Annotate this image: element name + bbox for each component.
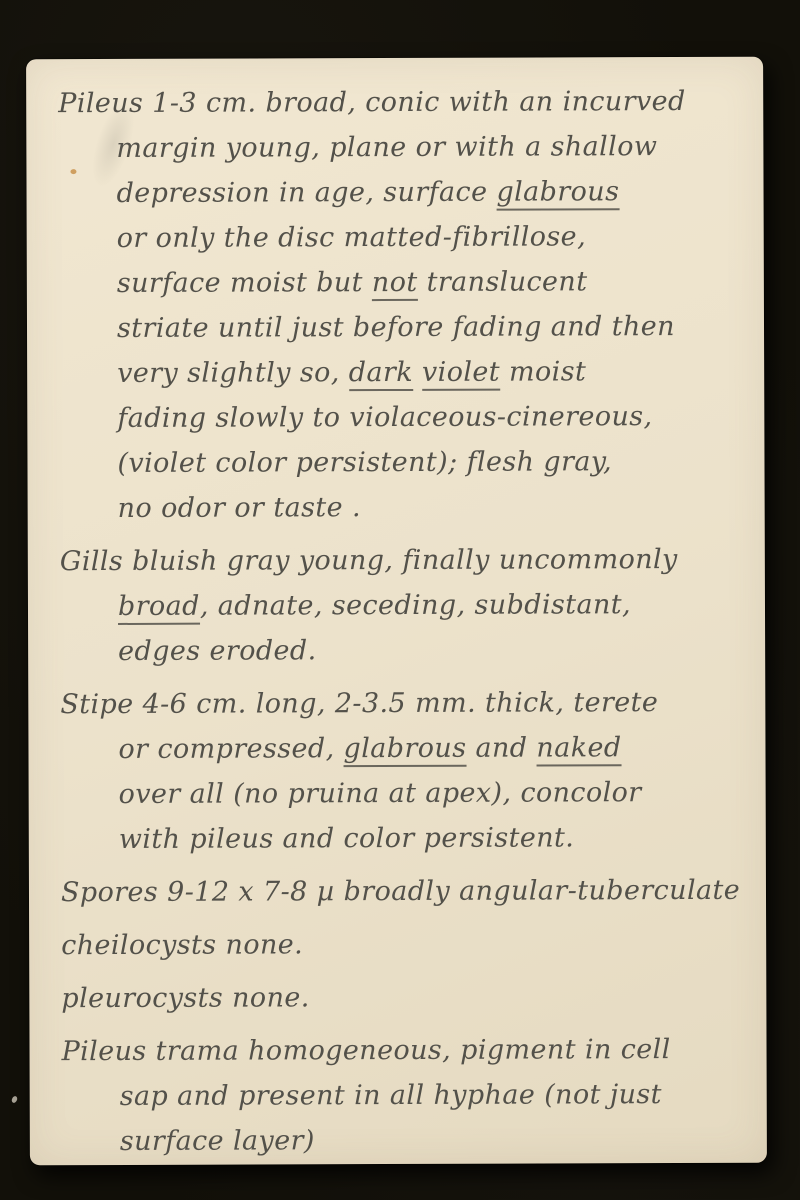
text-segment: very slightly so,: [117, 357, 349, 389]
handwritten-line: margin young, plane or with a shallow: [44, 124, 757, 171]
handwritten-line: over all (no pruina at apex), concolor: [47, 770, 760, 817]
underlined-word: naked: [536, 732, 621, 766]
text-segment: Pileus trama homogeneous, pigment in cel…: [61, 1034, 670, 1067]
handwritten-line: with pileus and color persistent.: [47, 815, 760, 862]
text-segment: fading slowly to violaceous-cinereous,: [117, 401, 652, 434]
handwritten-line: edges eroded.: [46, 627, 759, 674]
underlined-word: glabrous: [496, 176, 619, 210]
text-segment: margin young, plane or with a shallow: [116, 131, 657, 164]
text-segment: cheilocysts none.: [61, 929, 303, 961]
text-segment: surface moist but: [117, 267, 372, 299]
text-segment: surface layer): [120, 1125, 315, 1157]
handwritten-line: or compressed, glabrous and naked: [46, 725, 759, 772]
underlined-word: dark: [349, 357, 413, 391]
handwritten-line: depression in age, surface glabrous: [44, 169, 757, 216]
handwritten-line: or only the disc matted-fibrillose,: [45, 214, 758, 261]
handwriting-text: Pileus 1-3 cm. broad, conic with an incu…: [44, 79, 761, 1164]
handwritten-line: very slightly so, dark violet moist: [45, 349, 758, 396]
text-segment: with pileus and color persistent.: [119, 822, 575, 855]
handwritten-line: broad, adnate, seceding, subdistant,: [46, 582, 759, 629]
text-segment: moist: [500, 356, 586, 387]
handwritten-line: sap and present in all hyphae (not just: [48, 1072, 761, 1119]
handwritten-line: (violet color persistent); flesh gray,: [45, 439, 758, 486]
text-segment: Pileus 1-3 cm. broad, conic with an incu…: [58, 86, 686, 119]
handwritten-line: Spores 9-12 x 7-8 µ broadly angular-tube…: [47, 868, 760, 915]
note-card: Pileus 1-3 cm. broad, conic with an incu…: [26, 57, 767, 1166]
text-segment: striate until just before fading and the…: [117, 311, 675, 344]
text-segment: pleurocysts none.: [61, 982, 309, 1014]
handwritten-line: pleurocysts none.: [47, 974, 760, 1021]
handwritten-line: cheilocysts none.: [47, 921, 760, 968]
text-segment: [413, 357, 422, 388]
text-segment: no odor or taste .: [118, 492, 361, 524]
pleurocystidia-note: pleurocysts none.: [47, 974, 760, 1021]
handwritten-line: fading slowly to violaceous-cinereous,: [45, 394, 758, 441]
text-segment: or only the disc matted-fibrillose,: [117, 221, 586, 254]
handwritten-line: no odor or taste .: [46, 484, 759, 531]
handwritten-line: Stipe 4-6 cm. long, 2-3.5 mm. thick, ter…: [46, 680, 759, 727]
text-segment: translucent: [418, 266, 588, 298]
text-segment: (violet color persistent); flesh gray,: [117, 446, 612, 479]
cheilocystidia-note: cheilocysts none.: [47, 921, 760, 968]
gills-description: Gills bluish gray young, finally uncommo…: [46, 537, 759, 674]
text-segment: depression in age, surface: [116, 177, 496, 209]
scene-background: Pileus 1-3 cm. broad, conic with an incu…: [0, 0, 800, 1200]
text-segment: Stipe 4-6 cm. long, 2-3.5 mm. thick, ter…: [60, 687, 658, 720]
underlined-word: not: [372, 267, 418, 301]
text-segment: sap and present in all hyphae (not just: [120, 1079, 662, 1112]
handwritten-line: surface layer): [48, 1117, 761, 1164]
handwritten-line: surface moist but not translucent: [45, 259, 758, 306]
text-segment: Spores 9-12 x 7-8 µ broadly angular-tube…: [61, 875, 740, 908]
trama-note: Pileus trama homogeneous, pigment in cel…: [47, 1027, 760, 1164]
text-segment: over all (no pruina at apex), concolor: [119, 777, 642, 810]
stipe-description: Stipe 4-6 cm. long, 2-3.5 mm. thick, ter…: [46, 680, 760, 862]
handwritten-line: Pileus 1-3 cm. broad, conic with an incu…: [44, 79, 757, 126]
text-segment: or compressed,: [118, 733, 343, 765]
underlined-word: violet: [422, 357, 500, 391]
underlined-word: broad: [118, 591, 200, 625]
handwritten-line: Gills bluish gray young, finally uncommo…: [46, 537, 759, 584]
spores-description: Spores 9-12 x 7-8 µ broadly angular-tube…: [47, 868, 760, 915]
text-segment: Gills bluish gray young, finally uncommo…: [60, 544, 678, 577]
underlined-word: glabrous: [343, 733, 466, 767]
text-segment: and: [466, 733, 536, 764]
pileus-description: Pileus 1-3 cm. broad, conic with an incu…: [44, 79, 759, 531]
handwritten-line: Pileus trama homogeneous, pigment in cel…: [47, 1027, 760, 1074]
text-segment: edges eroded.: [118, 635, 317, 667]
handwritten-line: striate until just before fading and the…: [45, 304, 758, 351]
felt-speck: [11, 1095, 18, 1103]
text-segment: , adnate, seceding, subdistant,: [200, 589, 631, 622]
